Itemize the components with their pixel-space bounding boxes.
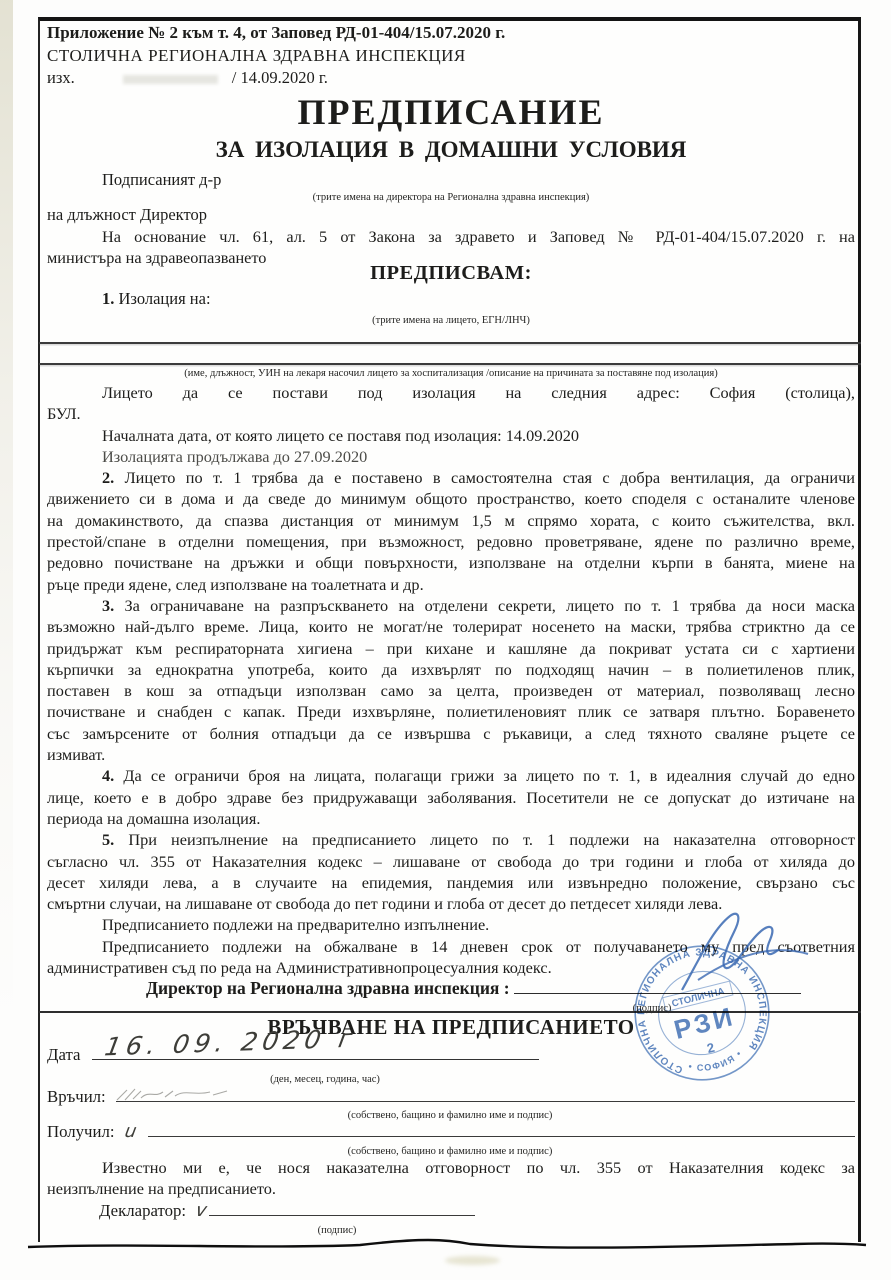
paragraph-3-line: поставен в кош за отпадъци използван сам…: [47, 680, 855, 701]
stamp-city-text: • СОФИЯ •: [685, 1047, 746, 1078]
address-line: Лицето да се постави под изолация на сле…: [47, 382, 855, 403]
date-write-line: 16. 09. 2020 г: [92, 1044, 539, 1060]
address-line-2: БУЛ.: [47, 403, 855, 424]
paragraph-4-line: 4. Да се ограничи броя на лицата, полага…: [47, 765, 855, 786]
caption-date-format: (ден, месец, година, час): [100, 1073, 550, 1086]
statement-line: неизпълнение на предписанието.: [47, 1178, 855, 1199]
blank-write-line: [39, 342, 861, 344]
declarant-label: Декларатор:: [99, 1201, 186, 1220]
director-signature-scribble: [668, 902, 828, 1007]
paragraph-3-line: измиват.: [47, 744, 855, 765]
paragraph-5-line: съгласно чл. 355 от Наказателния кодекс …: [47, 851, 855, 872]
document-header: Приложение № 2 към т. 4, от Заповед РД-0…: [47, 22, 855, 269]
statement-line: Известно ми е, че нося наказателна отгов…: [47, 1157, 855, 1178]
liability-statement: Известно ми е, че нося наказателна отгов…: [47, 1157, 855, 1200]
paragraph-2-line: движението си в дома и да сведе до миним…: [47, 488, 855, 509]
declarant-row: Декларатор:v (подпис): [47, 1200, 891, 1221]
signed-by-line: Подписаният д-р: [47, 169, 855, 191]
served-label: Връчил:: [47, 1087, 106, 1107]
paragraph-3-line: придържат към респираторната хигиена – п…: [47, 638, 855, 659]
paragraph-2-line: 2. Лицето по т. 1 трябва да е поставено …: [47, 467, 855, 488]
paragraph-5-line: 5. При неизпълнение на предписанието лиц…: [47, 829, 855, 850]
paragraph-3-line: възможно най-дълго време. Лица, които не…: [47, 616, 855, 637]
stamp-inner-number: 2: [705, 1040, 716, 1056]
date-label: Дата: [47, 1045, 80, 1064]
ref-number-line: изх./ 14.09.2020 г.: [47, 67, 855, 89]
scan-artifact: [445, 1256, 500, 1265]
position-line: на длъжност Директор: [47, 204, 855, 226]
scan-edge-strip: [0, 0, 13, 1280]
received-label: Получил:: [47, 1122, 115, 1142]
ref-number-smudge: [123, 75, 218, 84]
document-body: Лицето да се постави под изолация на сле…: [47, 382, 855, 978]
paragraph-2-line: на домакинството, да спазва дистанция от…: [47, 510, 855, 531]
paragraph-2-line: редовно почистване на дръжки и общи повъ…: [47, 552, 855, 573]
item-number: 1.: [102, 289, 114, 308]
paragraph-4-line: лице, което е в добро здраве без придруж…: [47, 787, 855, 808]
item-label: Изолация на:: [119, 289, 211, 308]
document-subtitle: ЗА ИЗОЛАЦИЯ В ДОМАШНИ УСЛОВИЯ: [47, 135, 855, 165]
document-title: ПРЕДПИСАНИЕ: [47, 89, 855, 135]
organization-name: СТОЛИЧНА РЕГИОНАЛНА ЗДРАВНА ИНСПЕКЦИЯ: [47, 44, 855, 67]
paragraph-4-line: периода на домашна изолация.: [47, 808, 855, 829]
caption-director-names: (трите имена на директора на Регионална …: [47, 191, 855, 204]
page-bottom-edge: [0, 1233, 891, 1259]
svg-text:• СОФИЯ •: • СОФИЯ •: [685, 1047, 746, 1078]
prescribe-heading: ПРЕДПИСВАМ:: [47, 262, 855, 285]
paragraph-2-line: ръце преди ядене, след използване на тоа…: [47, 574, 855, 595]
appendix-line: Приложение № 2 към т. 4, от Заповед РД-0…: [47, 22, 855, 44]
isolation-start-line: Началната дата, от която лицето се поста…: [47, 425, 855, 446]
item-1-isolation: 1. Изолация на:: [47, 288, 891, 310]
paragraph-2-line: престой/спане в отделни помещения, при в…: [47, 531, 855, 552]
caption-doctor-info: (име, длъжност, УИН на лекаря насочил ли…: [47, 367, 855, 380]
ref-label: изх.: [47, 68, 75, 87]
isolation-end-line: Изолацията продължава до 27.09.2020: [47, 446, 855, 467]
paragraph-3-line: почистване и снабден с капак. Преди изхв…: [47, 701, 855, 722]
handwritten-received-mark: u: [123, 1121, 138, 1142]
legal-basis-line: На основание чл. 61, ал. 5 от Закона за …: [47, 226, 855, 247]
scanned-document: Приложение № 2 към т. 4, от Заповед РД-0…: [0, 0, 891, 1280]
received-by-row: Получил:u: [47, 1121, 855, 1142]
ref-date: / 14.09.2020 г.: [232, 68, 328, 87]
paragraph-3-line: със замърсените от болния отпадъци да се…: [47, 723, 855, 744]
director-label: Директор на Регионална здравна инспекция…: [47, 978, 510, 998]
paragraph-3-line: кърпички за еднократна употреба, които д…: [47, 659, 855, 680]
caption-person-names: (трите имена на лицето, ЕГН/ЛНЧ): [47, 314, 855, 327]
paragraph-5-line: десет хиляди лева, а в случаите на епиде…: [47, 872, 855, 893]
blank-write-line: [39, 363, 861, 365]
declarant-write-line: [209, 1201, 475, 1216]
paragraph-3-line: 3. За ограничаване на разпръскването на …: [47, 595, 855, 616]
received-write-line: [148, 1121, 855, 1137]
served-signature-scribble: [115, 1086, 265, 1104]
handwritten-declarant-mark: v: [194, 1200, 208, 1221]
